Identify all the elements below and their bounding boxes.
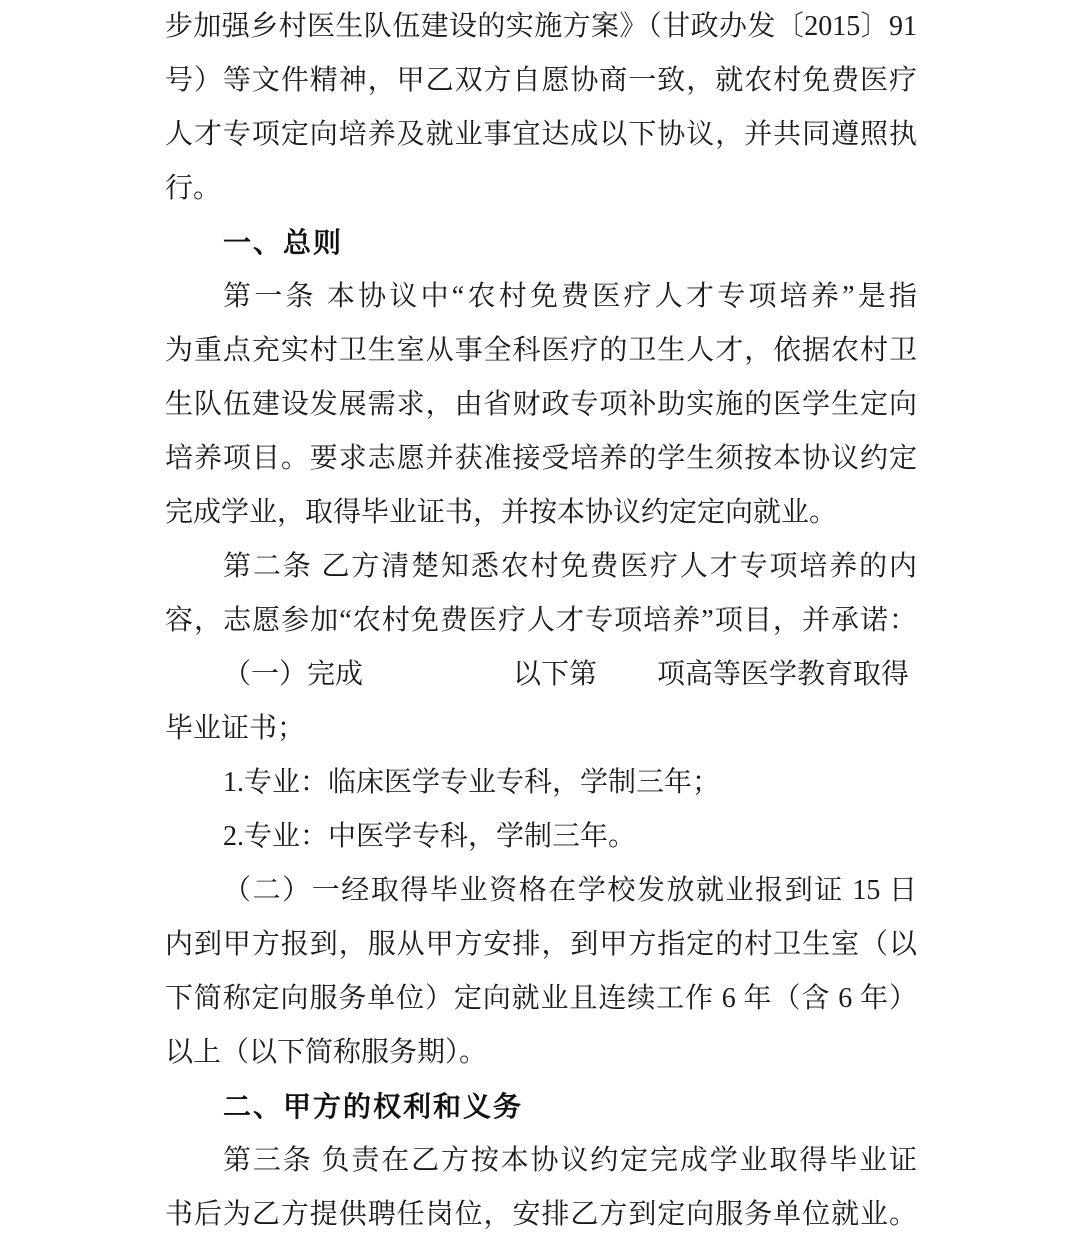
- text-line: 号）等文件精神，甲乙双方自愿协商一致，就农村免费医疗: [165, 54, 917, 108]
- text-line: 毕业证书；: [165, 702, 917, 756]
- text-line: 1.专业：临床医学专业专科，学制三年；: [165, 756, 917, 810]
- text-line: 行。: [165, 162, 917, 216]
- text-line: 书后为乙方提供聘任岗位，安排乙方到定向服务单位就业。: [165, 1188, 917, 1242]
- section-heading: 二、甲方的权利和义务: [165, 1080, 917, 1134]
- text-line: 完成学业，取得毕业证书，并按本协议约定定向就业。: [165, 486, 917, 540]
- text-line: 下简称定向服务单位）定向就业且连续工作 6 年（含 6 年）: [165, 972, 917, 1026]
- text-line: 以上（以下简称服务期）。: [165, 1026, 917, 1080]
- blank-line-segment: 项高等医学教育取得: [657, 659, 909, 690]
- text-line: 步加强乡村医生队伍建设的实施方案》（甘政办发〔2015〕91: [165, 0, 917, 54]
- section-heading: 一、总则: [165, 216, 917, 270]
- fill-in-blank-gap: [363, 682, 513, 683]
- text-line: 第三条 负责在乙方按本协议约定完成学业取得毕业证: [165, 1134, 917, 1188]
- document-page: 步加强乡村医生队伍建设的实施方案》（甘政办发〔2015〕91 号）等文件精神，甲…: [0, 0, 1080, 1242]
- text-line: 人才专项定向培养及就业事宜达成以下协议，并共同遵照执: [165, 108, 917, 162]
- text-line: 为重点充实村卫生室从事全科医疗的卫生人才，依据农村卫: [165, 324, 917, 378]
- blank-line-segment: 以下第: [513, 659, 597, 690]
- text-line: 第一条 本协议中“农村免费医疗人才专项培养”是指: [165, 270, 917, 324]
- fill-in-blank-gap: [597, 682, 657, 683]
- text-line: 培养项目。要求志愿并获准接受培养的学生须按本协议约定: [165, 432, 917, 486]
- text-line: 2.专业：中医学专科，学制三年。: [165, 810, 917, 864]
- text-line: （二）一经取得毕业资格在学校发放就业报到证 15 日: [165, 864, 917, 918]
- text-line: 容，志愿参加“农村免费医疗人才专项培养”项目，并承诺：: [165, 594, 917, 648]
- text-line-with-blanks: （一）完成以下第项高等医学教育取得: [165, 648, 917, 702]
- text-line: 第二条 乙方清楚知悉农村免费医疗人才专项培养的内: [165, 540, 917, 594]
- text-line: 生队伍建设发展需求，由省财政专项补助实施的医学生定向: [165, 378, 917, 432]
- blank-line-segment: （一）完成: [223, 659, 363, 690]
- text-line: 内到甲方报到，服从甲方安排，到甲方指定的村卫生室（以: [165, 918, 917, 972]
